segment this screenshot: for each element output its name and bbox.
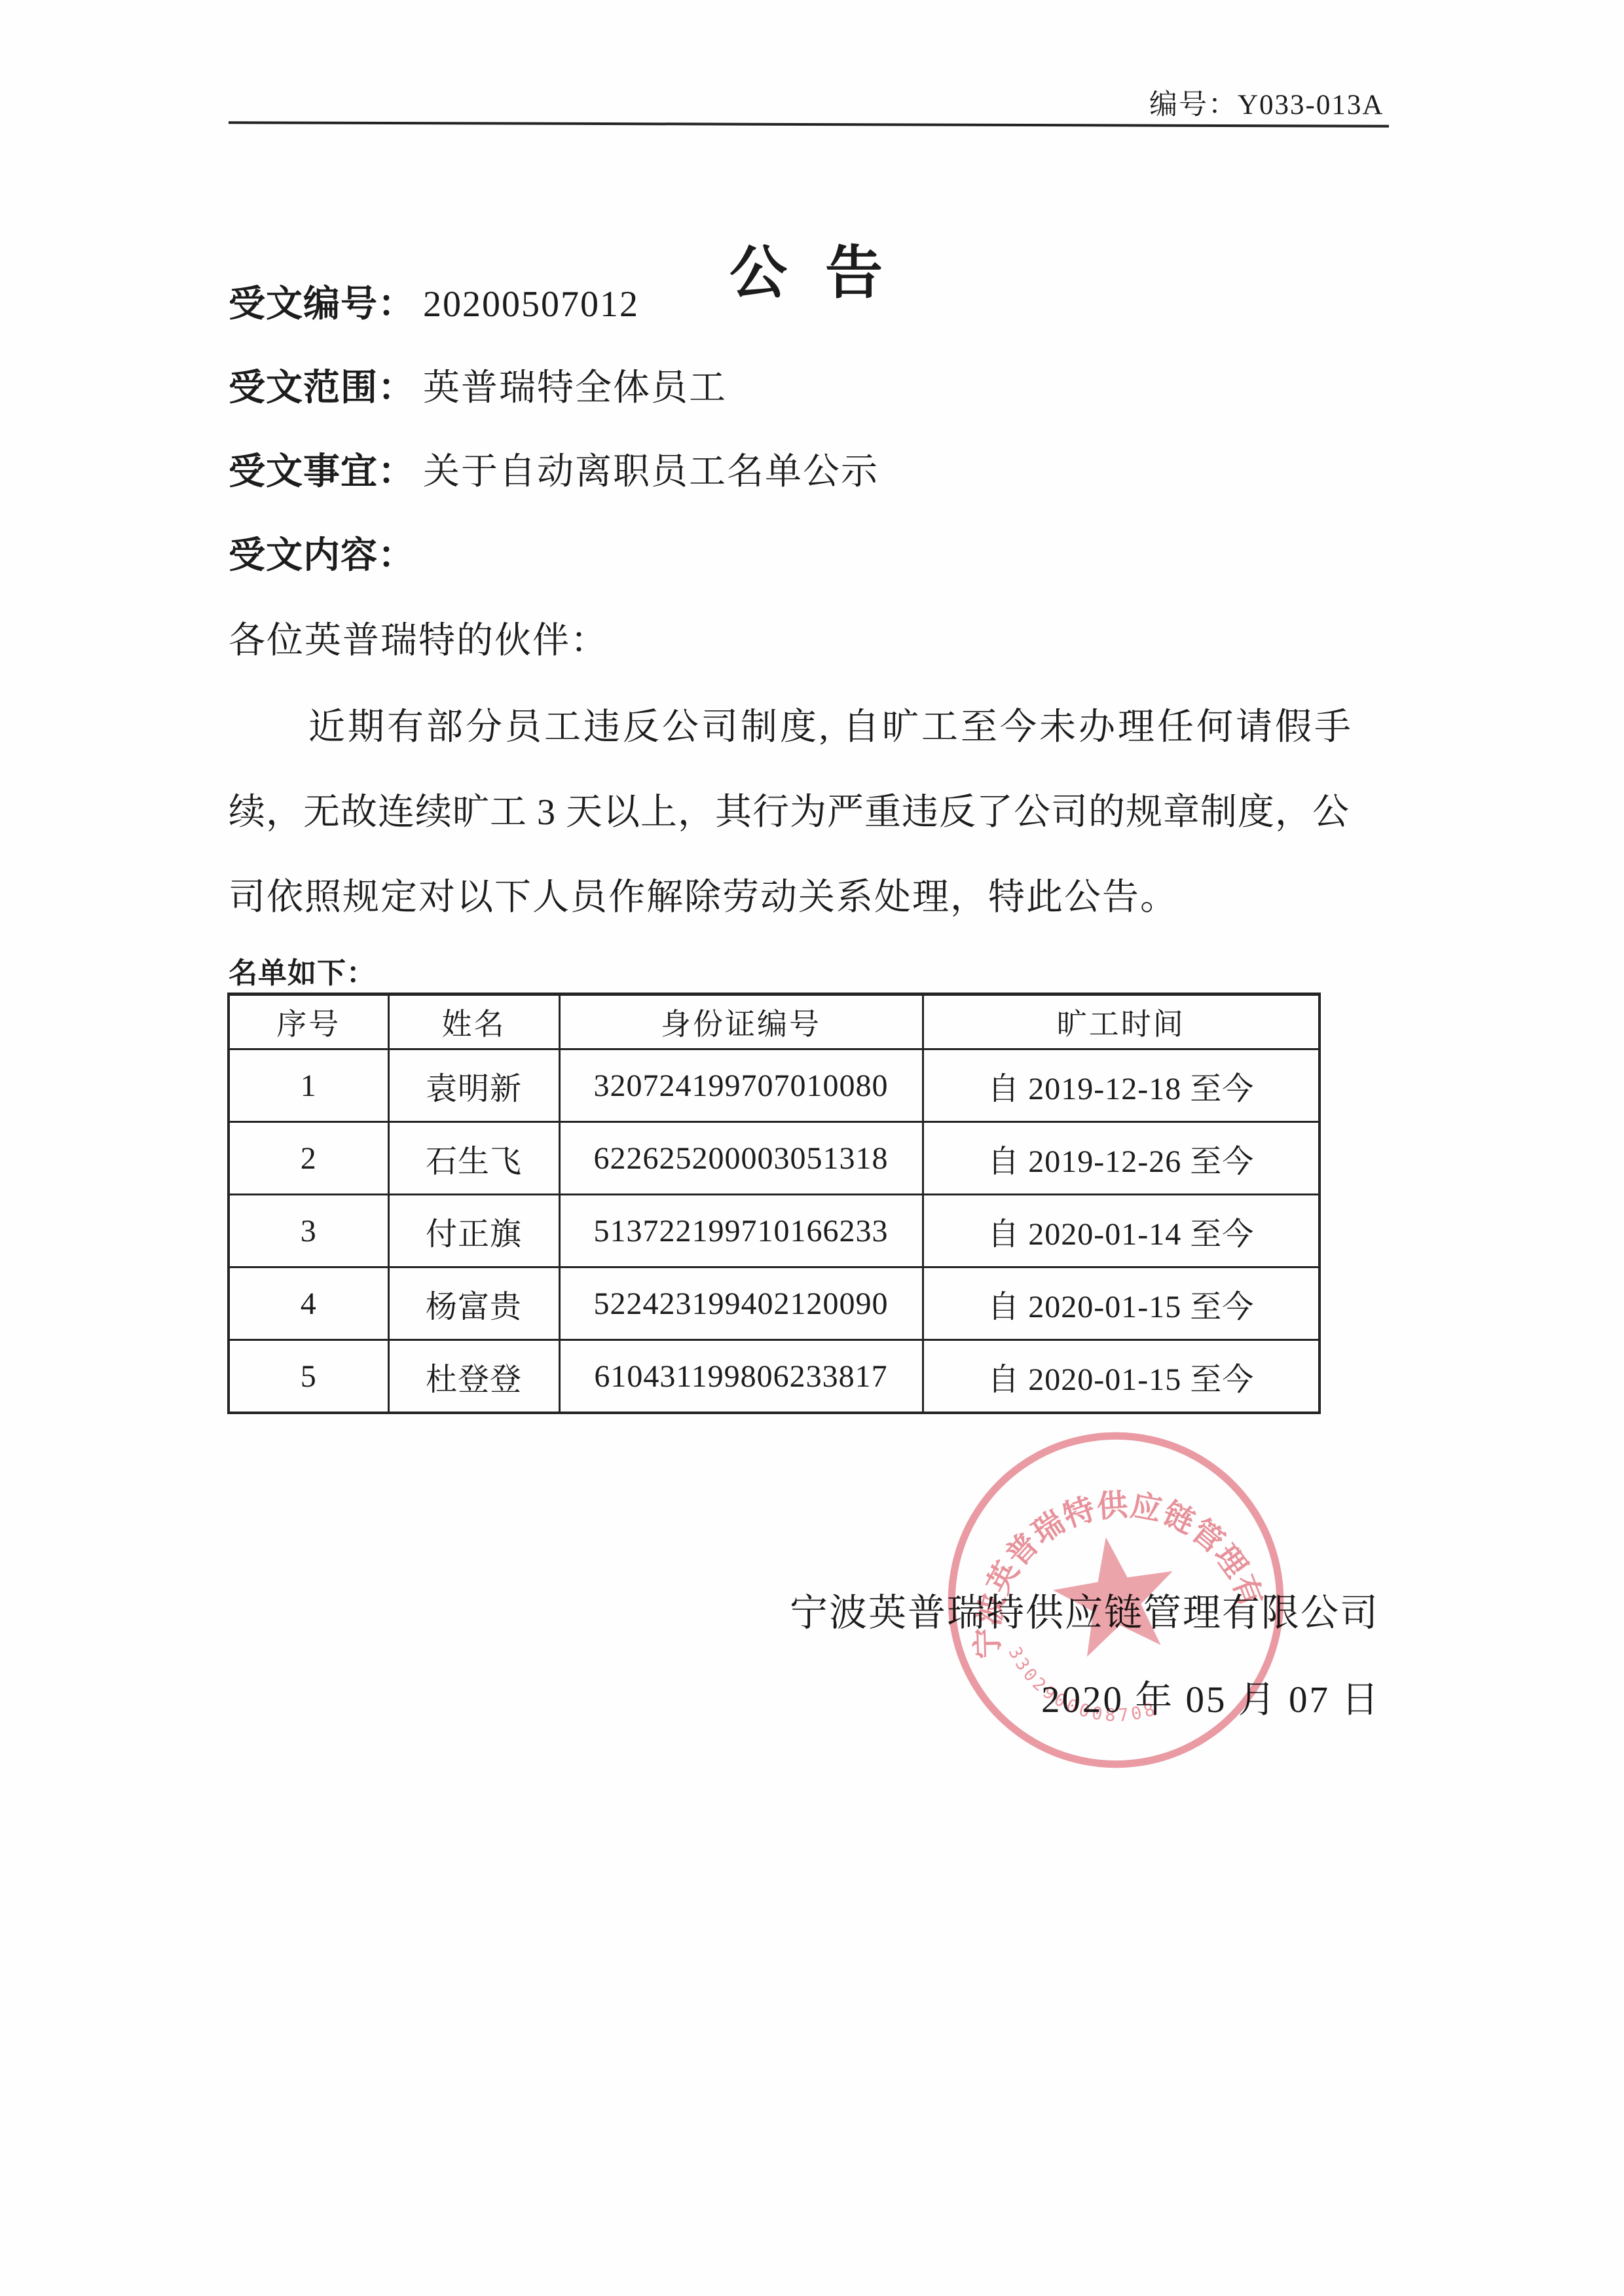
doc-reference-number: 编号：Y033-013A xyxy=(1149,82,1384,122)
meta-line-doc-subject: 受文事宜：关于自动离职员工名单公示 xyxy=(229,443,879,495)
table-row: 4 杨富贵 522423199402120090 自 2020-01-15 至今 xyxy=(229,1267,1319,1340)
announcement-document-page: 编号：Y033-013A 公 告 受文编号：20200507012 受文范围：英… xyxy=(0,0,1624,2296)
cell-name: 付正旗 xyxy=(388,1195,559,1267)
cell-period: 自 2020-01-15 至今 xyxy=(923,1267,1319,1340)
meta-value: 关于自动离职员工名单公示 xyxy=(423,452,879,492)
meta-line-doc-content: 受文内容： xyxy=(229,526,423,579)
cell-index: 3 xyxy=(229,1195,388,1267)
meta-value: 20200507012 xyxy=(423,284,639,325)
cell-period: 自 2019-12-26 至今 xyxy=(923,1122,1319,1195)
col-header-name: 姓名 xyxy=(388,994,559,1049)
table-row: 1 袁明新 320724199707010080 自 2019-12-18 至今 xyxy=(229,1049,1319,1122)
cell-index: 2 xyxy=(229,1122,388,1195)
paragraph-line: 续，无故连续旷工 3 天以上，其行为严重违反了公司的规章制度，公 xyxy=(229,783,1391,835)
cell-id: 513722199710166233 xyxy=(559,1195,923,1267)
cell-index: 5 xyxy=(229,1340,388,1413)
cell-period: 自 2020-01-15 至今 xyxy=(923,1340,1319,1413)
cell-name: 袁明新 xyxy=(388,1049,559,1122)
table-row: 3 付正旗 513722199710166233 自 2020-01-14 至今 xyxy=(229,1195,1319,1267)
meta-line-doc-scope: 受文范围：英普瑞特全体员工 xyxy=(229,359,727,411)
cell-id: 622625200003051318 xyxy=(559,1122,923,1195)
list-intro-label: 名单如下： xyxy=(229,949,376,991)
meta-label: 受文事宜： xyxy=(229,450,415,492)
col-header-index: 序号 xyxy=(229,994,388,1049)
cell-index: 4 xyxy=(229,1267,388,1340)
table-header-row: 序号 姓名 身份证编号 旷工时间 xyxy=(229,994,1319,1049)
cell-id: 522423199402120090 xyxy=(559,1267,923,1340)
table-row: 5 杜登登 610431199806233817 自 2020-01-15 至今 xyxy=(229,1340,1319,1413)
meta-label: 受文内容： xyxy=(229,534,415,575)
salutation: 各位英普瑞特的伙伴： xyxy=(229,611,608,664)
cell-name: 杨富贵 xyxy=(388,1267,559,1340)
paragraph-line: 近期有部分员工违反公司制度, 自旷工至今未办理任何请假手 xyxy=(229,698,1471,750)
company-seal-stamp: 宁波英普瑞特供应链管理有限公司 3302900008708 xyxy=(942,1426,1290,1774)
stamp-serial-number: 3302900008708 xyxy=(1003,1624,1161,1743)
col-header-id: 身份证编号 xyxy=(559,994,923,1049)
cell-period: 自 2020-01-14 至今 xyxy=(923,1195,1319,1267)
cell-period: 自 2019-12-18 至今 xyxy=(923,1049,1319,1122)
stamp-star-icon xyxy=(1046,1528,1183,1661)
meta-value: 英普瑞特全体员工 xyxy=(423,368,727,409)
cell-name: 石生飞 xyxy=(388,1122,559,1195)
col-header-period: 旷工时间 xyxy=(923,994,1319,1049)
paragraph-line: 司依照规定对以下人员作解除劳动关系处理，特此公告。 xyxy=(229,868,1391,920)
cell-name: 杜登登 xyxy=(388,1340,559,1413)
meta-label: 受文编号： xyxy=(229,283,415,324)
meta-label: 受文范围： xyxy=(229,367,415,408)
cell-id: 610431199806233817 xyxy=(559,1340,923,1413)
table-row: 2 石生飞 622625200003051318 自 2019-12-26 至今 xyxy=(229,1122,1319,1195)
cell-index: 1 xyxy=(229,1049,388,1122)
meta-line-doc-number: 受文编号：20200507012 xyxy=(229,275,639,327)
absentee-table: 序号 姓名 身份证编号 旷工时间 1 袁明新 32072419970701008… xyxy=(227,993,1321,1414)
cell-id: 320724199707010080 xyxy=(559,1049,923,1122)
